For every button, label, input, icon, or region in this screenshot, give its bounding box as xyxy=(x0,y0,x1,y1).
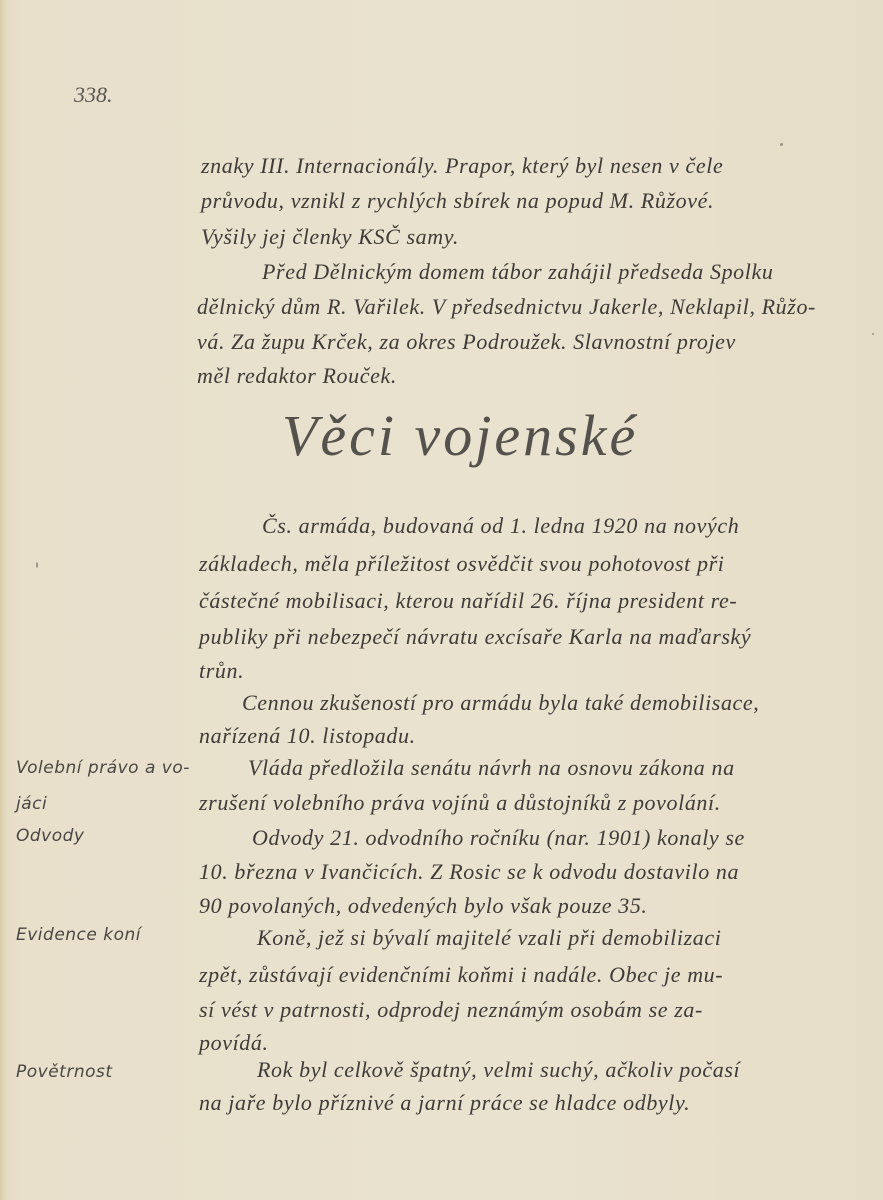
paper-speck xyxy=(36,562,38,568)
text-line: publiky při nebezpečí návratu excísaře K… xyxy=(199,624,751,650)
text-line: Vyšily jej členky KSČ samy. xyxy=(201,224,459,250)
text-line: 10. března v Ivančicích. Z Rosic se k od… xyxy=(199,859,739,885)
text-line: základech, měla příležitost osvědčit svo… xyxy=(199,551,724,577)
section-heading: Věci vojenské xyxy=(282,402,638,469)
text-line: na jaře bylo příznivé a jarní práce se h… xyxy=(199,1090,690,1116)
text-line: sí vést v patrnosti, odprodej neznámým o… xyxy=(199,997,703,1023)
text-line: měl redaktor Rouček. xyxy=(197,363,397,389)
text-line: částečné mobilisaci, kterou nařídil 26. … xyxy=(199,588,737,614)
text-line: Před Dělnickým domem tábor zahájil předs… xyxy=(262,259,773,285)
paper-speck xyxy=(872,333,874,335)
text-line: povídá. xyxy=(199,1030,269,1056)
margin-note-conscription: Odvody xyxy=(16,826,85,846)
text-line: Koně, jež si bývalí majitelé vzali při d… xyxy=(257,925,721,951)
text-line: zrušení volebního práva vojínů a důstojn… xyxy=(199,790,721,816)
text-line: Vláda předložila senátu návrh na osnovu … xyxy=(248,755,735,781)
manuscript-page: 338. znaky III. Internacionály. Prapor, … xyxy=(0,0,883,1200)
page-number: 338. xyxy=(74,82,113,108)
text-line: Čs. armáda, budovaná od 1. ledna 1920 na… xyxy=(262,513,739,539)
text-line: znaky III. Internacionály. Prapor, který… xyxy=(201,153,723,179)
text-line: 90 povolaných, odvedených bylo však pouz… xyxy=(199,893,648,919)
margin-note-voting-rights: Volební právo a vo- xyxy=(16,758,190,778)
text-line: trůn. xyxy=(199,658,244,684)
text-line: Rok byl celkově špatný, velmi suchý, ačk… xyxy=(257,1057,740,1083)
text-line: dělnický dům R. Vařilek. V předsednictvu… xyxy=(197,294,816,320)
text-line: zpět, zůstávají evidenčními koňmi i nadá… xyxy=(199,962,723,988)
text-line: vá. Za župu Krček, za okres Podroužek. S… xyxy=(197,329,736,355)
margin-note-voting-rights-cont: jáci xyxy=(16,794,47,814)
text-line: nařízená 10. listopadu. xyxy=(199,723,416,749)
margin-note-weather: Povětrnost xyxy=(16,1062,113,1082)
margin-note-horse-registry: Evidence koní xyxy=(16,925,141,945)
text-line: Odvody 21. odvodního ročníku (nar. 1901)… xyxy=(252,825,745,851)
paper-speck xyxy=(780,143,783,146)
text-line: Cennou zkušeností pro armádu byla také d… xyxy=(242,690,759,716)
text-line: průvodu, vznikl z rychlých sbírek na pop… xyxy=(201,188,714,214)
